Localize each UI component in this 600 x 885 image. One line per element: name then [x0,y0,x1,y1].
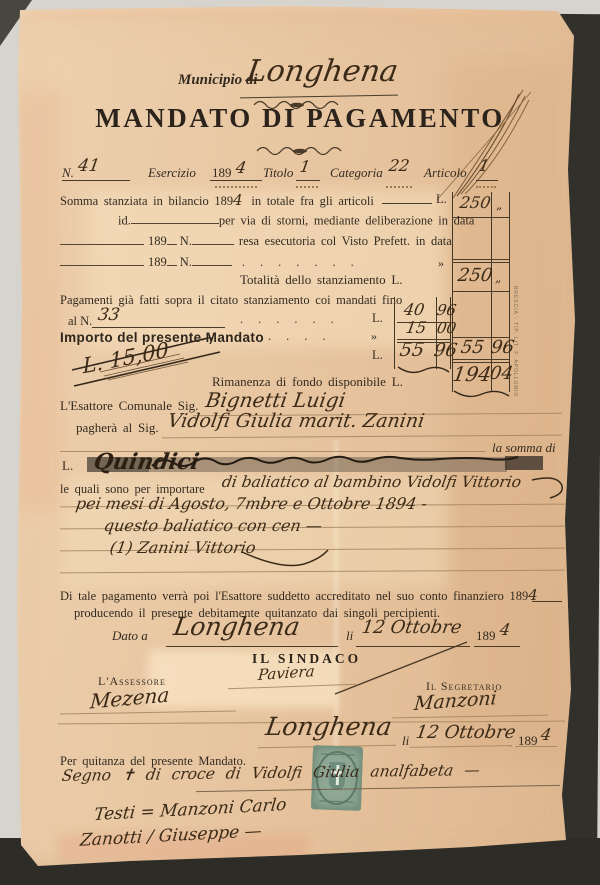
stanziamento-line1: Somma stanziata in bilancio 1894 in tota… [60,191,374,209]
categoria-squiggle [386,183,412,188]
blank [131,212,219,224]
esercizio-label: Esercizio [148,165,196,181]
printer-mark: BRESCIA - TIP. LIT. F. APOLLONIO [512,286,518,397]
li-label: li [402,733,409,749]
ditto-mark: » [438,256,444,271]
paghera-name-handwritten: Vidolfi Giulia marit. Zanini [166,410,426,432]
underline-swash [452,388,512,400]
amount-row1-lire: 40 [402,300,425,319]
currency-L1: L. [436,192,447,207]
dot-leader: ...... [240,312,349,327]
causale-handwritten-3: questo baliatico con cen — [102,516,323,535]
quitanza-data-handwritten: 12 Ottobre [414,722,517,743]
year-underline [532,601,562,602]
anno-handwritten: 4 [498,620,511,639]
blank [60,254,144,266]
municipio-rule [240,95,398,99]
amount-row2-cents: 00 [436,319,458,337]
amount-stanziato-lire: 250 [458,193,492,212]
n-rule [62,180,130,181]
segno-rule [196,785,560,792]
articolo-label: Articolo [424,165,467,181]
esercizio-year-handwritten: 4 [234,158,247,177]
amount-totalita-lire: 250 [456,265,494,286]
blank [167,233,177,245]
chiusa-line1-text: Di tale pagamento verrà poi l'Esattore s… [60,589,528,603]
municipio-name-handwritten: Longhena [244,54,400,89]
row-rule [452,262,510,263]
anno-rule [515,746,557,747]
ornament-rule [255,146,345,156]
year-189: 189 [148,234,167,248]
paghera-label: pagherà al Sig. [76,420,159,436]
blank [167,254,177,266]
aging-patch [16,90,62,510]
amount-rimanenza-cents: 04 [488,363,514,384]
row-rule [452,291,510,292]
amount-rimanenza-lire: 194 [451,362,493,386]
quitanza-luogo-handwritten: Longhena [264,712,394,741]
causale-handwritten-1: di baliatico al bambino Vidolfi Vittorio [221,473,523,491]
segretario-signature: Manzoni [413,687,498,715]
row-rule [452,259,510,260]
column-line [394,297,395,369]
totalita-label: Totalità dello stanziamento L. [240,272,403,288]
year-189: 189 [148,255,167,269]
chiusa-line1: Di tale pagamento verrà poi l'Esattore s… [60,586,538,604]
categoria-value-handwritten: 22 [387,156,410,175]
handwriting-swash [530,474,570,500]
assessore-signature-rule [60,710,236,714]
blank [192,254,232,266]
amount-row2-lire: 15 [404,318,427,337]
ditto-currency: » [371,329,377,344]
titolo-rule [296,180,320,181]
titolo-squiggle [296,183,318,188]
categoria-label: Categoria [330,165,383,181]
al-n-rule [92,327,225,328]
handwriting-swash [240,548,330,576]
n-label: N. [180,255,192,269]
stanziamento-line3: 189N.resa esecutoria col Visto Prefett. … [60,233,452,249]
articolo-rule [476,180,498,181]
amount-row1-cents: 96 [436,301,458,319]
dot-leader: ....... [242,255,369,269]
currency-L2: L. [372,311,383,326]
dot-leader: .... [268,329,341,344]
anno-printed: 189 [476,628,496,644]
lira-label: L. [62,458,73,474]
currency-L3: L. [372,348,383,363]
dato-luogo-handwritten: Longhena [172,612,302,641]
amount-sum-lire: 55 [398,339,426,361]
row-rule [452,359,510,360]
line2-post: per via di storni, mediante deliberazion… [219,213,475,227]
blank [192,233,234,245]
al-n-value-handwritten: 33 [96,305,121,325]
line1-post: in totale fra gli articoli [251,194,373,208]
esattore-name-handwritten: Bignetti Luigi [204,388,347,412]
line3-post: resa esecutoria col Visto Prefett. in da… [239,234,452,248]
stanziamento-line4: 189N........ [60,254,369,270]
year-handwritten: 4 [233,191,243,209]
amount-stanziato-cents: „ [496,198,502,212]
esercizio-year-printed: 189 [212,165,232,181]
titolo-value-handwritten: 1 [298,157,311,176]
amount-totalita-cents: „ [495,271,501,285]
fill-squiggle [150,454,550,474]
anno-rule [474,646,520,647]
paghera-rule [162,435,562,439]
n-label: N. [62,165,74,181]
paper: Municipio di Longhena MANDATO DI PAGAMEN… [0,0,600,885]
dato-data-handwritten: 12 Ottobre [360,617,463,638]
amount-sum-cents: 96 [432,340,458,361]
blank-rule [382,203,432,204]
al-n-label: al N. [68,314,92,329]
esercizio-rule [210,180,262,181]
anno-handwritten: 4 [539,725,552,744]
stanziamento-line2: id.per via di storni, mediante deliberaz… [118,212,474,228]
sindaco-signature: Paviera [257,662,315,684]
amount-sum-carried-lire: 55 [459,337,485,358]
n-value-handwritten: 41 [76,156,101,176]
n-label: N. [180,234,192,248]
esercizio-squiggle [215,183,257,188]
blank [60,233,144,245]
articolo-squiggle [476,183,496,188]
testimone-2-handwritten: Zanotti / Giuseppe — [79,821,263,851]
aging-patch [30,8,550,18]
quitanza-data-rule [410,745,512,748]
dato-rule [166,646,338,647]
titolo-label: Titolo [263,165,293,181]
scanned-document: Municipio di Longhena MANDATO DI PAGAMEN… [0,0,600,885]
line1-pre: Somma stanziata in bilancio 189 [60,194,233,208]
causale-handwritten-4: (1) Zanini Vittorio [108,538,257,557]
underline-swash [396,364,452,376]
causale-handwritten-2: pei mesi di Agosto, 7mbre e Ottobre 1894… [74,494,428,513]
dato-label: Dato a [112,628,148,644]
id-label: id. [118,213,131,227]
segretario-signature-rule [392,715,548,719]
row-rule [452,217,510,218]
